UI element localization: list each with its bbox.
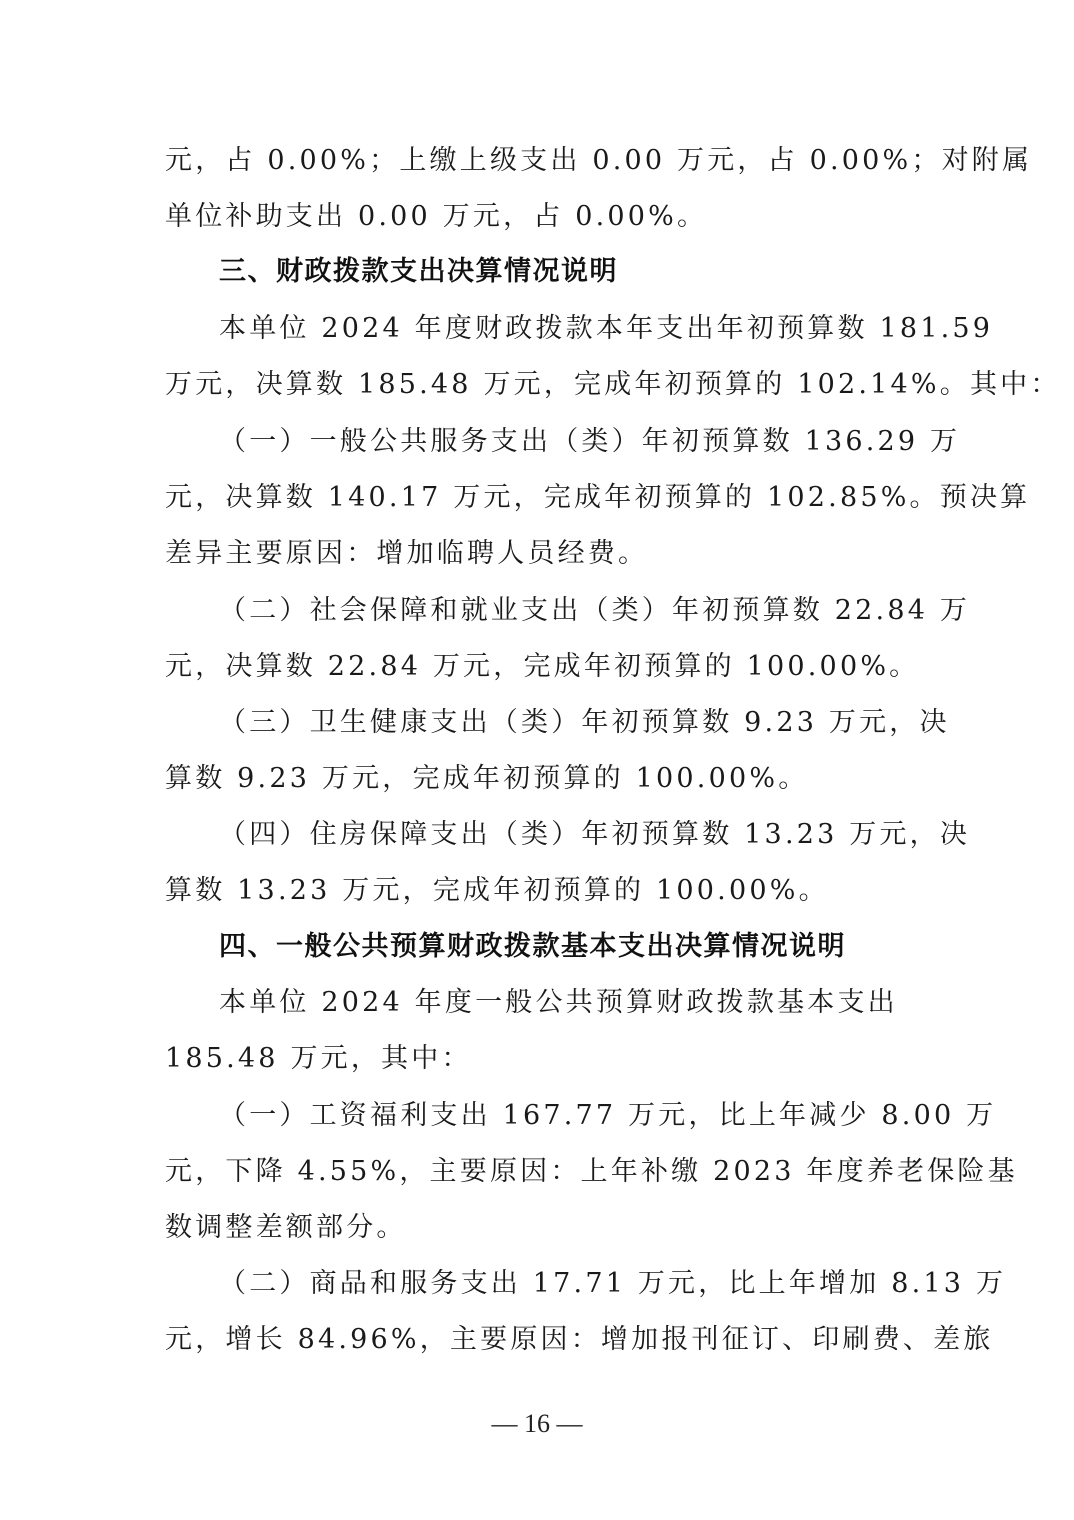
page-number: — 16 — <box>0 1408 1074 1440</box>
section3-item-1-line: 差异主要原因：增加临聘人员经费。 <box>165 537 915 571</box>
document-page: 元，占 0.00%；上缴上级支出 0.00 万元，占 0.00%；对附属 单位补… <box>0 0 1074 1520</box>
section3-item-3-line: （三）卫生健康支出（类）年初预算数 9.23 万元，决 <box>219 706 915 740</box>
section4-item-1-line: 元，下降 4.55%，主要原因：上年补缴 2023 年度养老保险基 <box>165 1155 915 1189</box>
section3-intro-line: 万元，决算数 185.48 万元，完成年初预算的 102.14%。其中： <box>165 368 915 402</box>
section-heading-4: 四、一般公共预算财政拨款基本支出决算情况说明 <box>219 930 846 964</box>
section-heading-3: 三、财政拨款支出决算情况说明 <box>219 255 618 289</box>
section3-item-4-line: （四）住房保障支出（类）年初预算数 13.23 万元，决 <box>219 818 915 852</box>
section4-intro-line: 185.48 万元，其中： <box>165 1042 915 1076</box>
section3-intro-line: 本单位 2024 年度财政拨款本年支出年初预算数 181.59 <box>219 312 915 346</box>
section4-item-1-line: （一）工资福利支出 167.77 万元，比上年减少 8.00 万 <box>219 1099 915 1133</box>
section3-item-1-line: 元，决算数 140.17 万元，完成年初预算的 102.85%。预决算 <box>165 481 915 515</box>
section4-intro-line: 本单位 2024 年度一般公共预算财政拨款基本支出 <box>219 986 915 1020</box>
section3-item-4-line: 算数 13.23 万元，完成年初预算的 100.00%。 <box>165 874 915 908</box>
section4-item-2-line: （二）商品和服务支出 17.71 万元，比上年增加 8.13 万 <box>219 1267 915 1301</box>
body-line: 单位补助支出 0.00 万元，占 0.00%。 <box>165 200 915 234</box>
section3-item-1-line: （一）一般公共服务支出（类）年初预算数 136.29 万 <box>219 425 915 459</box>
section3-item-3-line: 算数 9.23 万元，完成年初预算的 100.00%。 <box>165 762 915 796</box>
section4-item-1-line: 数调整差额部分。 <box>165 1211 915 1245</box>
body-line: 元，占 0.00%；上缴上级支出 0.00 万元，占 0.00%；对附属 <box>165 144 915 178</box>
section3-item-2-line: （二）社会保障和就业支出（类）年初预算数 22.84 万 <box>219 594 915 628</box>
section3-item-2-line: 元，决算数 22.84 万元，完成年初预算的 100.00%。 <box>165 650 915 684</box>
section4-item-2-line: 元，增长 84.96%，主要原因：增加报刊征订、印刷费、差旅 <box>165 1323 915 1357</box>
